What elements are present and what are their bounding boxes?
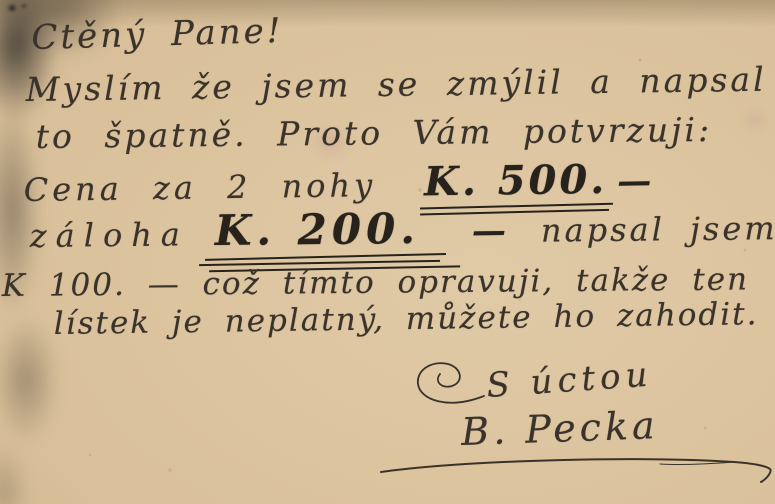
deposit-dash: — (472, 211, 515, 251)
price-dash: — (617, 161, 656, 202)
signature-line: B. Pecka (460, 403, 659, 454)
deposit-line: zálohaK. 200.—napsal jsem (29, 200, 775, 257)
price-prefix: Cena za 2 nohy (23, 166, 376, 209)
closing-flourish-swirl (414, 358, 492, 410)
deposit-prefix: záloha (30, 215, 190, 255)
salutation-line: Ctěný Pane! (31, 11, 284, 58)
price-amount: K. 500. (424, 156, 608, 206)
postcard: Ctěný Pane! Myslím že jsem se zmýlil a n… (0, 0, 775, 504)
signature-flourish-underline (378, 448, 775, 492)
deposit-amount: K. 200. (215, 204, 421, 255)
body-line-2: to špatně. Proto Vám potvrzuji: (36, 110, 713, 156)
deposit-note: napsal jsem (541, 209, 775, 249)
